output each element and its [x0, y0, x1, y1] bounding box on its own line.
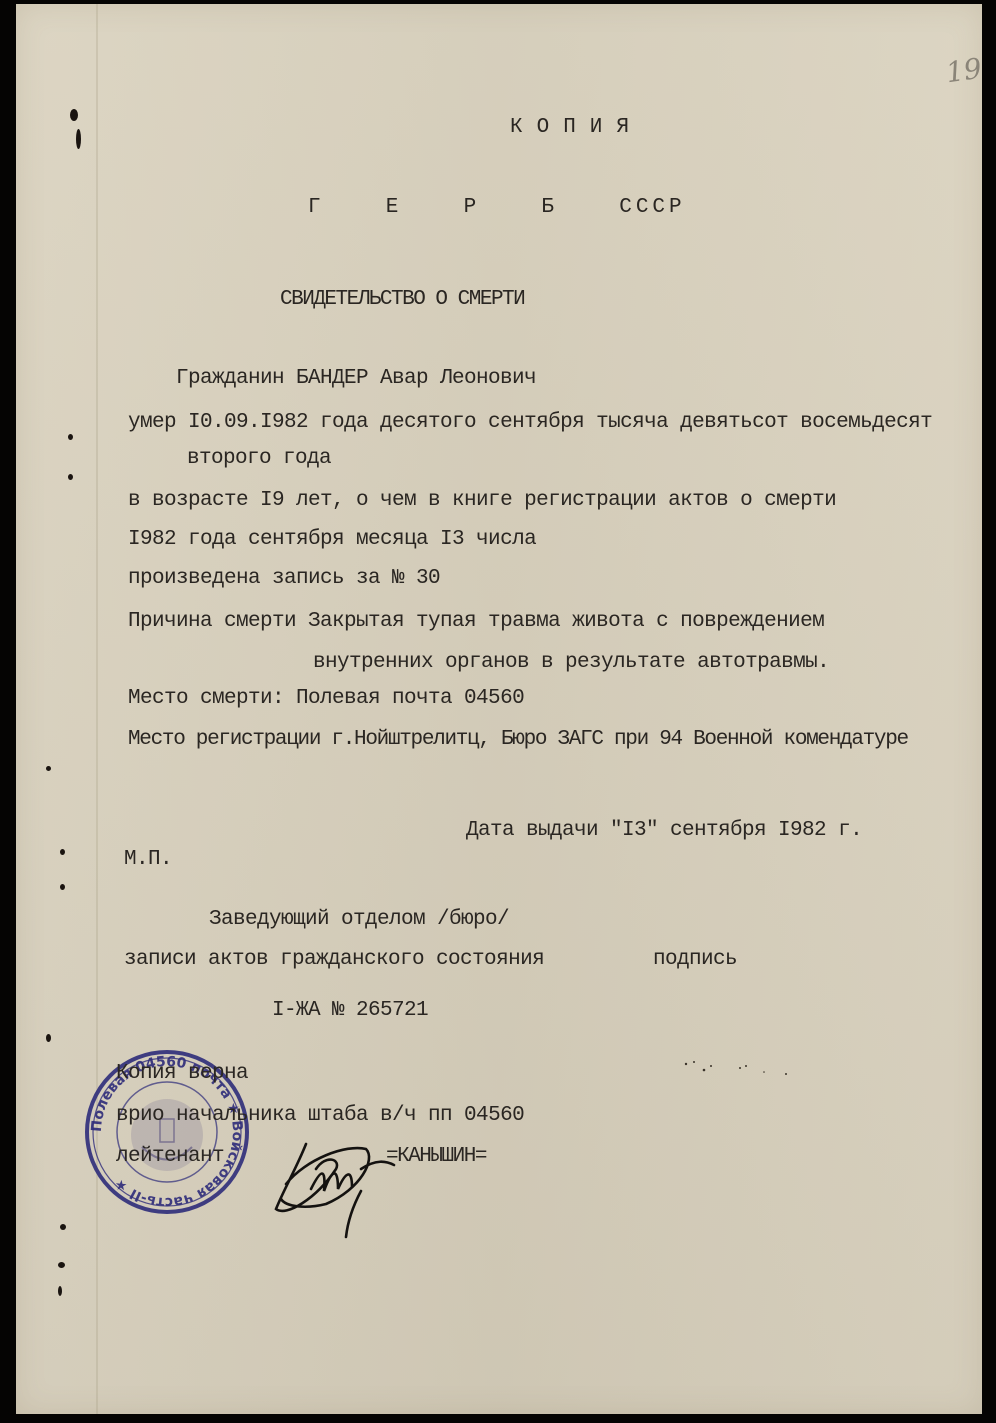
cause-line-2: внутренних органов в результате автотрав… [313, 651, 829, 675]
page-number: 19 [944, 52, 984, 90]
death-line-2: второго года [187, 447, 331, 471]
age-line: в возрасте I9 лет, о чем в книге регистр… [128, 489, 836, 513]
record-number-line: произведена запись за № 30 [128, 567, 440, 591]
binding-hole [68, 434, 73, 440]
binding-hole [60, 849, 65, 855]
binding-hole [58, 1286, 62, 1296]
binding-hole [58, 1262, 65, 1268]
header-emblem: Г Е Р Б СССР [308, 196, 686, 220]
copy-true: Копия верна [116, 1062, 248, 1086]
binding-hole [76, 129, 81, 149]
header-copy: КОПИЯ [510, 116, 643, 140]
citizen-line: Гражданин БАНДЕР Авар Леонович [176, 367, 536, 391]
head-title-2: записи актов гражданского состояния [124, 948, 544, 972]
document-title: СВИДЕТЕЛЬСТВО О СМЕРТИ [280, 288, 524, 312]
seal-place: М.П. [124, 848, 172, 872]
handwritten-signature [266, 1129, 396, 1239]
issue-date: Дата выдачи "I3" сентября I982 г. [466, 819, 862, 843]
document-page: 19 КОПИЯ Г Е Р Б СССР СВИДЕТЕЛЬСТВО О СМ… [16, 4, 982, 1414]
head-title-1: Заведующий отделом /бюро/ [209, 908, 509, 932]
binding-hole [46, 1034, 51, 1042]
certifier-position: врио начальника штаба в/ч пп 04560 [116, 1104, 524, 1128]
record-date-line: I982 года сентября месяца I3 числа [128, 528, 536, 552]
binding-hole [70, 109, 78, 121]
binding-hole [60, 884, 65, 890]
place-of-death: Место смерти: Полевая почта 04560 [128, 687, 524, 711]
death-line-1: умер I0.09.I982 года десятого сентября т… [128, 411, 932, 435]
binding-hole [60, 1224, 66, 1230]
cause-line-1: Причина смерти Закрытая тупая травма жив… [128, 610, 824, 634]
binding-hole [68, 474, 73, 480]
certifier-rank: лейтенант [116, 1145, 224, 1169]
certifier-name: =КАНЫШИН= [386, 1145, 486, 1169]
ink-specks [676, 1054, 796, 1084]
signature-label: подпись [653, 948, 737, 972]
certificate-number: I-ЖА № 265721 [272, 999, 428, 1023]
binding-hole [46, 766, 51, 771]
place-of-registration: Место регистрации г.Нойштрелитц, Бюро ЗА… [128, 728, 908, 752]
